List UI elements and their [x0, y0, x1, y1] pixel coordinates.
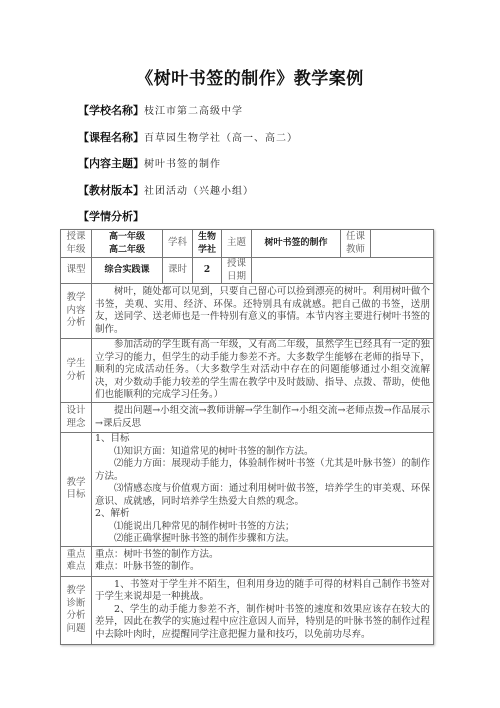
diagnosis-paragraph-1: 1、书签对于学生并不陌生，但利用身边的随手可得的材料自己制作书签对于学生来说却是…	[95, 579, 430, 604]
objective-goal-ability: ⑵能力方面：展现动手能力，体验制作树叶书签（尤其是叶脉书签）的制作方法。	[95, 458, 430, 483]
content-analysis-label: 教学内容分析	[61, 284, 92, 339]
student-analysis-label: 学生分析	[61, 339, 92, 403]
document-title: 《树叶书签的制作》教学案例	[0, 64, 500, 89]
diagnosis-paragraph-2: 2、学生的动手能力参差不齐，制作树叶书签的速度和效果应该存在较大的差异，因此在教…	[95, 604, 430, 642]
date-label: 授课日期	[222, 258, 252, 284]
key-points-label: 重点难点	[61, 546, 92, 576]
row-content-analysis: 教学内容分析 树叶，随处都可以见到，只要自己留心可以捡到漂亮的树叶。利用树叶做个…	[61, 284, 434, 339]
meta-edition: 【教材版本】社团活动（兴趣小组）	[78, 184, 254, 199]
student-analysis-text: 参加活动的学生既有高一年级，又有高二年级，虽然学生已经具有一定的独立学习的能力，…	[92, 339, 434, 403]
type-label: 课型	[61, 258, 92, 284]
meta-learning-analysis: 【学情分析】	[78, 210, 144, 224]
meta-school: 【学校名称】枝江市第二高级中学	[78, 104, 243, 119]
subject-value: 生物学社	[193, 230, 222, 258]
meta-school-value: 枝江市第二高级中学	[144, 106, 243, 117]
objectives-heading-analysis: 2、解析	[95, 508, 430, 521]
date-value	[252, 258, 434, 284]
diagnosis-text: 1、书签对于学生并不陌生，但利用身边的随手可得的材料自己制作书签对于学生来说却是…	[92, 576, 434, 644]
row-lesson-type: 课型 综合实践课 课时 2 授课日期	[61, 258, 434, 284]
meta-course-label: 【课程名称】	[78, 131, 144, 144]
objectives-label: 教学目标	[61, 433, 92, 547]
difficulty-point: 难点：叶脉书签的制作。	[95, 561, 430, 574]
row-student-analysis: 学生分析 参加活动的学生既有高一年级，又有高二年级，虽然学生已经具有一定的独立学…	[61, 339, 434, 403]
content-analysis-paragraph: 树叶，随处都可以见到，只要自己留心可以捡到漂亮的树叶。利用树叶做个书签，美观、实…	[95, 286, 430, 336]
meta-topic-label: 【内容主题】	[78, 157, 144, 170]
row-design-concept: 设计理念 提出问题→小组交流→教师讲解→学生制作→小组交流→老师点拨→作品展示→…	[61, 403, 434, 433]
meta-topic-value: 树叶书签的制作	[144, 159, 221, 170]
key-point: 重点：树叶书签的制作方法。	[95, 549, 430, 562]
design-concept-label: 设计理念	[61, 403, 92, 433]
objectives-text: 1、目标 ⑴知识方面：知道常见的树叶书签的制作方法。 ⑵能力方面：展现动手能力，…	[92, 433, 434, 547]
content-analysis-text: 树叶，随处都可以见到，只要自己留心可以捡到漂亮的树叶。利用树叶做个书签，美观、实…	[92, 284, 434, 339]
lesson-plan-table: 授课年级 高一年级 高二年级 学科 生物学社 主题 树叶书签的制作 任课教师 课…	[60, 229, 434, 645]
hours-label: 课时	[163, 258, 193, 284]
design-concept-paragraph: 提出问题→小组交流→教师讲解→学生制作→小组交流→老师点拨→作品展示→课后反思	[95, 405, 430, 430]
meta-course: 【课程名称】百草园生物学社（高一、高二）	[78, 131, 298, 146]
row-key-points: 重点难点 重点：树叶书签的制作方法。 难点：叶脉书签的制作。	[61, 546, 434, 576]
teacher-label: 任课教师	[341, 230, 371, 258]
grade-value-2: 高二年级	[95, 244, 159, 257]
meta-learning-analysis-label: 【学情分析】	[78, 210, 144, 223]
row-diagnosis: 教学诊断分析问题 1、书签对于学生并不陌生，但利用身边的随手可得的材料自己制作书…	[61, 576, 434, 644]
teacher-value	[371, 230, 434, 258]
type-value: 综合实践课	[92, 258, 163, 284]
subject-label: 学科	[163, 230, 193, 258]
grade-value: 高一年级 高二年级	[92, 230, 163, 258]
meta-topic: 【内容主题】树叶书签的制作	[78, 157, 221, 172]
grade-value-1: 高一年级	[95, 231, 159, 244]
topic-label: 主题	[222, 230, 252, 258]
objective-analysis-2: ⑵能正确掌握叶脉书签的制作步骤和方法。	[95, 533, 430, 546]
key-points-text: 重点：树叶书签的制作方法。 难点：叶脉书签的制作。	[92, 546, 434, 576]
meta-course-value: 百草园生物学社（高一、高二）	[144, 133, 298, 144]
meta-school-label: 【学校名称】	[78, 104, 144, 117]
student-analysis-paragraph: 参加活动的学生既有高一年级，又有高二年级，虽然学生已经具有一定的独立学习的能力，…	[95, 339, 430, 402]
row-objectives: 教学目标 1、目标 ⑴知识方面：知道常见的树叶书签的制作方法。 ⑵能力方面：展现…	[61, 433, 434, 547]
meta-edition-label: 【教材版本】	[78, 184, 144, 197]
diagnosis-label: 教学诊断分析问题	[61, 576, 92, 644]
objectives-heading-goals: 1、目标	[95, 433, 430, 446]
objective-goal-knowledge: ⑴知识方面：知道常见的树叶书签的制作方法。	[95, 446, 430, 459]
grade-label: 授课年级	[61, 230, 92, 258]
objective-analysis-1: ⑴能说出几种常见的制作树叶书签的方法；	[95, 521, 430, 534]
design-concept-text: 提出问题→小组交流→教师讲解→学生制作→小组交流→老师点拨→作品展示→课后反思	[92, 403, 434, 433]
objective-goal-attitude: ⑶情感态度与价值观方面：通过利用树叶做书签，培养学生的审美观、环保意识、成就感，…	[95, 483, 430, 508]
hours-value: 2	[193, 258, 222, 284]
row-basic-info: 授课年级 高一年级 高二年级 学科 生物学社 主题 树叶书签的制作 任课教师	[61, 230, 434, 258]
meta-edition-value: 社团活动（兴趣小组）	[144, 186, 254, 197]
topic-value: 树叶书签的制作	[252, 230, 341, 258]
